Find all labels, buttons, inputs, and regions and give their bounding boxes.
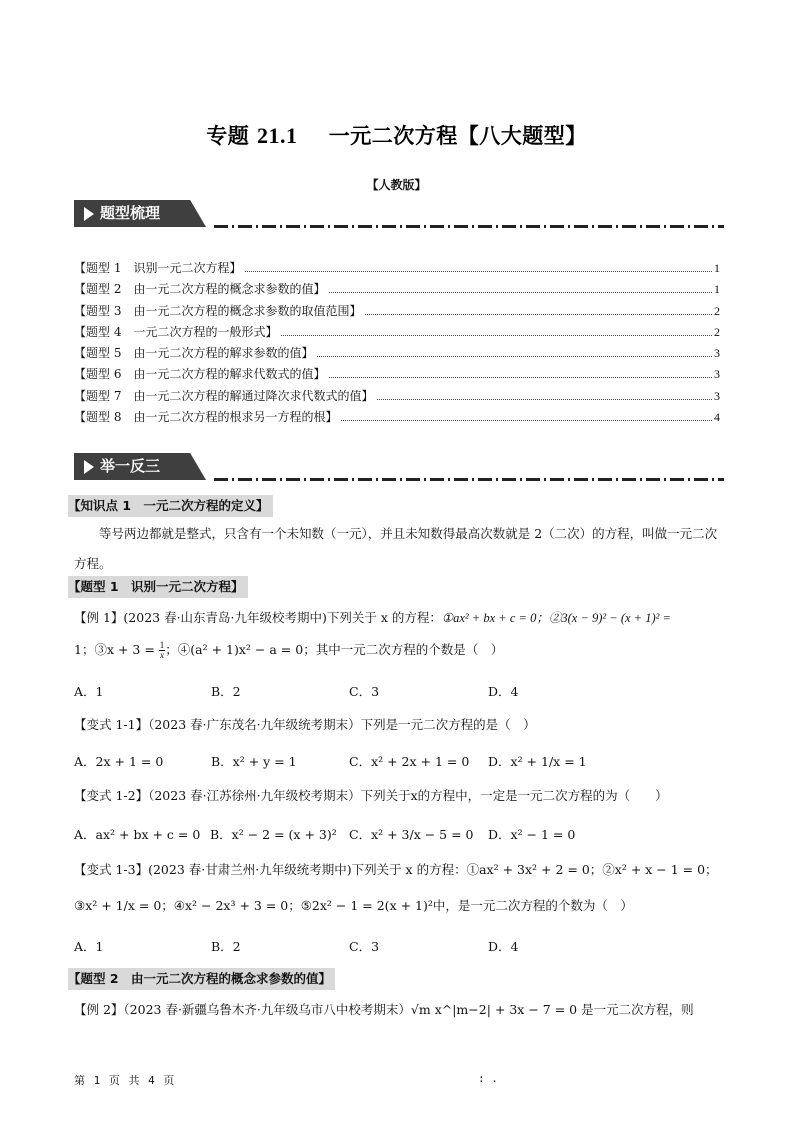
document-title: 专题 21.1 一元二次方程【八大题型】: [0, 120, 793, 150]
toc-entry[interactable]: 【题型 4 一元二次方程的一般形式】2: [74, 323, 720, 344]
toc-label: 【题型 3 由一元二次方程的概念求参数的取值范围】: [74, 302, 361, 319]
example-1-question: ；④(a² + 1)x² − a = 0；其中一元二次方程的个数是（ ）: [165, 642, 503, 657]
type2-heading: 【题型 2 由一元二次方程的概念求参数的值】: [68, 968, 335, 990]
variant-1-2: 【变式 1-2】（2023 春·江苏徐州·九年级校考期末）下列关于x的方程中，一…: [74, 786, 722, 806]
knowledge-heading: 【知识点 1 一元二次方程的定义】: [68, 495, 273, 517]
toc-label: 【题型 8 由一元二次方程的根求另一方程的根】: [74, 408, 337, 425]
banner-tab: 举一反三: [74, 453, 206, 480]
toc-label: 【题型 7 由一元二次方程的解通过降次求代数式的值】: [74, 387, 373, 404]
option-a[interactable]: A．1: [74, 682, 211, 700]
toc-entry[interactable]: 【题型 8 由一元二次方程的根求另一方程的根】4: [74, 408, 720, 429]
option-b[interactable]: B．x² − 2 = (x + 3)²: [210, 825, 349, 843]
option-d[interactable]: D．x² + 1/x = 1: [488, 752, 587, 770]
toc-page: 1: [714, 261, 720, 276]
toc-entry[interactable]: 【题型 5 由一元二次方程的解求参数的值】3: [74, 344, 720, 365]
dash-dot-divider: [214, 478, 724, 481]
example-1-line-2: 1；③x + 3 = 1x；④(a² + 1)x² − a = 0；其中一元二次…: [74, 640, 722, 660]
option-a[interactable]: A．2x + 1 = 0: [74, 752, 211, 770]
knowledge-text: 等号两边都就是整式，只含有一个未知数（一元），并且未知数得最高次数就是 2（二次…: [74, 519, 722, 579]
play-triangle-icon: [84, 207, 94, 221]
toc-page: 4: [714, 410, 720, 425]
toc-label: 【题型 5 由一元二次方程的解求参数的值】: [74, 344, 313, 361]
type2-section: 【题型 2 由一元二次方程的概念求参数的值】: [74, 968, 722, 990]
title-main: 一元二次方程【八大题型】: [329, 124, 587, 148]
option-d[interactable]: D．x² − 1 = 0: [488, 825, 575, 843]
variant-1-1: 【变式 1-1】（2023 春·广东茂名·九年级统考期末）下列是一元二次方程的是…: [74, 715, 722, 735]
leader-dots: [365, 314, 712, 315]
section-banner-practice: 举一反三: [74, 453, 724, 483]
variant-1-3-line-1: 【变式 1-3】(2023 春·甘肃兰州·九年级统考期中)下列关于 x 的方程：…: [74, 860, 722, 880]
leader-dots: [341, 420, 712, 421]
toc-label: 【题型 2 由一元二次方程的概念求参数的值】: [74, 280, 325, 297]
variant-1-2-options: A．ax² + bx + c = 0 B．x² − 2 = (x + 3)² C…: [74, 825, 575, 843]
equation-3-left: 1；③x + 3 =: [74, 642, 159, 657]
table-of-contents: 【题型 1 识别一元二次方程】1 【题型 2 由一元二次方程的概念求参数的值】1…: [74, 259, 720, 429]
variant-1-3-options: A．1 B．2 C．3 D．4: [74, 937, 518, 955]
toc-page: 3: [714, 346, 720, 361]
toc-entry[interactable]: 【题型 2 由一元二次方程的概念求参数的值】1: [74, 280, 720, 301]
option-b[interactable]: B．2: [211, 937, 349, 955]
variant-1-1-options: A．2x + 1 = 0 B．x² + y = 1 C．x² + 2x + 1 …: [74, 752, 587, 770]
toc-label: 【题型 1 识别一元二次方程】: [74, 259, 241, 276]
toc-entry[interactable]: 【题型 6 由一元二次方程的解求代数式的值】3: [74, 365, 720, 386]
type1-section: 【题型 1 识别一元二次方程】: [74, 576, 722, 598]
page-number: 第 1 页 共 4 页: [74, 1072, 175, 1088]
leader-dots: [317, 356, 712, 357]
toc-entry[interactable]: 【题型 1 识别一元二次方程】1: [74, 259, 720, 280]
toc-page: 3: [714, 367, 720, 382]
option-b[interactable]: B．2: [211, 682, 349, 700]
option-d[interactable]: D．4: [488, 937, 518, 955]
option-c[interactable]: C．x² + 3/x − 5 = 0: [349, 825, 488, 843]
toc-label: 【题型 6 由一元二次方程的解求代数式的值】: [74, 365, 325, 382]
toc-label: 【题型 4 一元二次方程的一般形式】: [74, 323, 277, 340]
banner-label: 题型梳理: [100, 200, 160, 227]
option-c[interactable]: C．x² + 2x + 1 = 0: [349, 752, 488, 770]
example-1-source: 【例 1】(2023 春·山东青岛·九年级校考期中)下列关于 x 的方程：: [74, 610, 442, 625]
title-prefix: 专题: [206, 124, 249, 148]
option-c[interactable]: C．3: [349, 937, 488, 955]
title-number: 21.1: [257, 123, 298, 148]
footer-mark: : .: [478, 1072, 498, 1085]
toc-page: 1: [714, 282, 720, 297]
leader-dots: [245, 271, 712, 272]
example-2: 【例 2】（2023 春·新疆乌鲁木齐·九年级乌市八中校考期末）√m x^|m−…: [74, 1000, 722, 1020]
option-b[interactable]: B．x² + y = 1: [211, 752, 349, 770]
example-1-equations: ①ax² + bx + c = 0；②3(x − 9)² − (x + 1)² …: [442, 611, 671, 625]
leader-dots: [329, 377, 712, 378]
banner-tab: 题型梳理: [74, 200, 206, 227]
option-a[interactable]: A．ax² + bx + c = 0: [74, 825, 210, 843]
example-1-options: A．1 B．2 C．3 D．4: [74, 682, 518, 700]
option-a[interactable]: A．1: [74, 937, 211, 955]
knowledge-point-section: 【知识点 1 一元二次方程的定义】 等号两边都就是整式，只含有一个未知数（一元）…: [74, 495, 722, 579]
toc-entry[interactable]: 【题型 3 由一元二次方程的概念求参数的取值范围】2: [74, 302, 720, 323]
variant-1-3-line-2: ③x² + 1/x = 0；④x² − 2x³ + 3 = 0；⑤2x² − 1…: [74, 896, 722, 916]
leader-dots: [281, 335, 712, 336]
example-1: 【例 1】(2023 春·山东青岛·九年级校考期中)下列关于 x 的方程：①ax…: [74, 608, 722, 660]
toc-entry[interactable]: 【题型 7 由一元二次方程的解通过降次求代数式的值】3: [74, 387, 720, 408]
toc-page: 3: [714, 389, 720, 404]
denominator: x: [160, 651, 164, 660]
leader-dots: [329, 292, 712, 293]
toc-page: 2: [714, 325, 720, 340]
example-1-line-1: 【例 1】(2023 春·山东青岛·九年级校考期中)下列关于 x 的方程：①ax…: [74, 608, 722, 628]
option-d[interactable]: D．4: [488, 682, 518, 700]
section-banner-toc: 题型梳理: [74, 200, 724, 230]
dash-dot-divider: [214, 225, 724, 228]
banner-label: 举一反三: [100, 453, 160, 480]
type1-heading: 【题型 1 识别一元二次方程】: [68, 576, 248, 598]
toc-page: 2: [714, 304, 720, 319]
play-triangle-icon: [84, 460, 94, 474]
variant-1-3: 【变式 1-3】(2023 春·甘肃兰州·九年级统考期中)下列关于 x 的方程：…: [74, 860, 722, 916]
option-c[interactable]: C．3: [349, 682, 488, 700]
edition-subtitle: 【人教版】: [0, 176, 793, 193]
leader-dots: [377, 399, 712, 400]
